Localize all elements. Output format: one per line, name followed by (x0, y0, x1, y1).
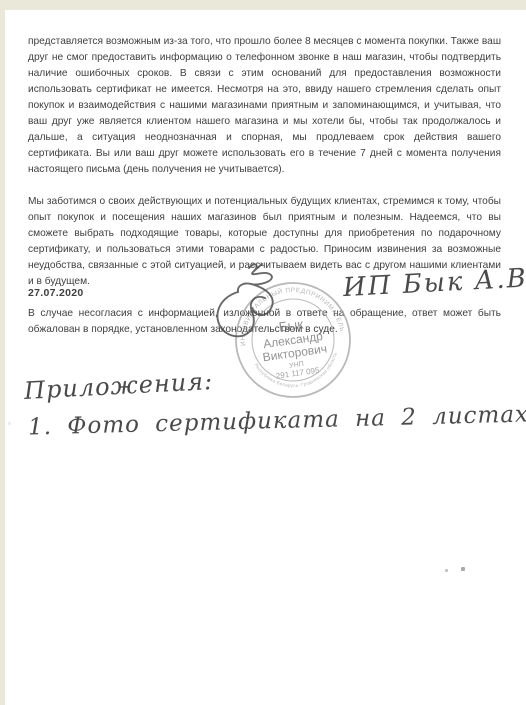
scan-speck (445, 569, 448, 572)
page-edge-top (0, 0, 526, 10)
attachment-item: 1. Фото сертификата на 2 листах (28, 401, 526, 440)
attachments-heading: Приложения: (23, 367, 213, 405)
scan-speck (461, 567, 465, 571)
signature-scribble-graphic (205, 258, 309, 356)
signature-scribble (205, 258, 309, 356)
scan-speck (8, 422, 11, 425)
page-edge-left (0, 0, 5, 705)
scanned-letter-page: { "page": { "background": "#ffffff", "ed… (0, 0, 526, 705)
letter-date: 27.07.2020 (28, 287, 84, 299)
letter-paragraph-1: представляется возможным из-за того, что… (28, 34, 501, 178)
